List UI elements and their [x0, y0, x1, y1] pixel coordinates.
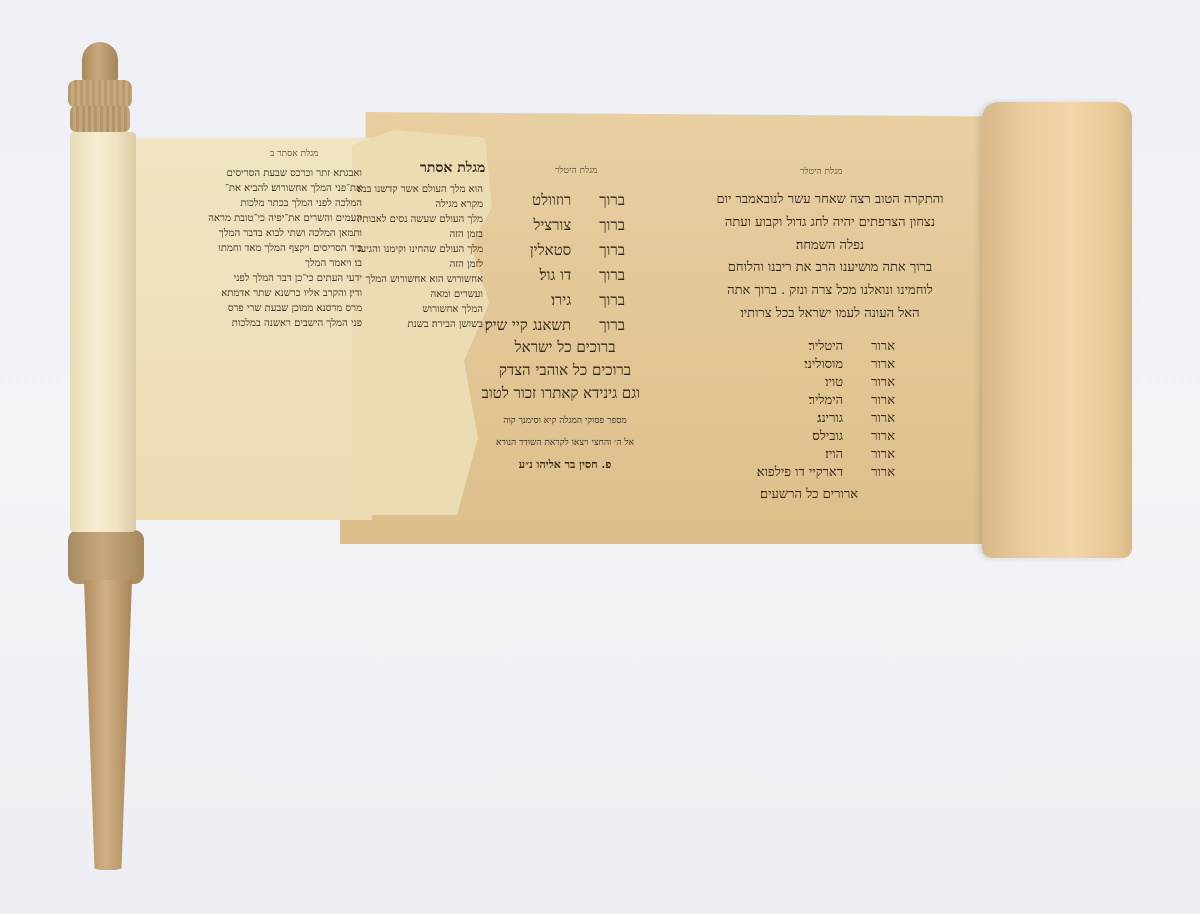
- list-item: ברוךרוזוולט: [505, 188, 625, 213]
- text-line: לוחמינו ונואלנו מכל צרה ונזק . ברוך אתה: [690, 279, 970, 302]
- paragraph-2: ברוך אתה מושיענו הרב את ריבנו והלוחם לוח…: [690, 256, 970, 325]
- right-header: מגלת היטלר: [800, 166, 842, 177]
- esther-text: ואבגתא זתר וכרכס שבעת הסריסים את־פני המל…: [142, 166, 362, 331]
- text-line: וגם גינידא קאתרו זכור לטוב: [490, 382, 640, 405]
- list-item: ברוךצורציל: [505, 213, 625, 238]
- rolled-paper-left: [70, 132, 136, 532]
- text-line: בו׃ ויאמר המלך: [142, 256, 362, 271]
- handle-collar: [68, 530, 144, 584]
- text-line: והתקרה הטוב רצה שאחר עשר לנובאמבר יום: [690, 188, 970, 211]
- text-line: ביד הסריסים ויקצף המלך מאד וחמתו: [142, 241, 362, 256]
- text-line: מספר פסוקי המגלה קיא וסימנך קוה: [480, 410, 650, 432]
- text-line: ותמאן המלכה ושתי לבוא בדבר המלך: [142, 226, 362, 241]
- text-line: מלך העולם שהחינו וקימנו והגיענו: [358, 242, 483, 257]
- list-item: ארורהיטליר׃: [745, 338, 895, 356]
- cursed-list: ארורהיטליר׃ ארורמוסוליני׃ ארורטויו׃ ארור…: [745, 338, 895, 482]
- roller-top-ring-lower: [70, 106, 130, 132]
- list-item: ארורטויו׃: [745, 374, 895, 392]
- text-line: נפלה השמחה׃: [690, 234, 970, 257]
- list-item: ארורגובילס׃: [745, 428, 895, 446]
- text-line: נצחון הצרפתים יהיה לחג גדול וקבוע ועתה: [690, 211, 970, 234]
- text-line: פני המלך הישבים ראשנה במלכות: [142, 316, 362, 331]
- blessed-list: ברוךרוזוולט ברוךצורציל ברוךסטאלין ברוךדו…: [505, 188, 625, 338]
- text-line: בשושן הבירה׃ בשנת: [358, 317, 483, 332]
- text-line: ואבגתא זתר וכרכס שבעת הסריסים: [142, 166, 362, 181]
- text-line: ברוך אתה מושיענו הרב את ריבנו והלוחם: [690, 256, 970, 279]
- list-item: ברוךסטאלין: [505, 238, 625, 263]
- list-item: ארורהימליר׃: [745, 392, 895, 410]
- text-line: מלך העולם שעשה נסים לאבותינו: [358, 212, 483, 227]
- list-item: ברוךתשאנג קיי שיק׃: [505, 313, 625, 338]
- rolled-paper-right: [982, 102, 1132, 558]
- wooden-handle: [84, 580, 132, 870]
- list-item: ארורדארקיי דו פילפוא׃: [745, 464, 895, 482]
- text-line: לזמן הזה: [358, 257, 483, 272]
- text-line: מרס מרסנא ממוכן שבעת שרי פרס: [142, 301, 362, 316]
- text-line: ועשרים ומאה: [358, 287, 483, 302]
- text-line: העמים והשרים את־יפיה כי־טובת מראה: [142, 211, 362, 226]
- text-line: מקרא מגילה: [358, 197, 483, 212]
- author-line: פ. חסין בר אליהו נ״ע: [480, 454, 650, 476]
- text-line: ברוכים כל אוהבי הצדק: [490, 359, 640, 382]
- roller-top-knob: [82, 42, 118, 82]
- roller-top-ring: [68, 80, 132, 108]
- text-line: אל ה׳ והחצי ויצאו לקראת השודד הנורא: [480, 432, 650, 454]
- blessed-closing: ברוכים כל ישראל ברוכים כל אוהבי הצדק וגם…: [490, 336, 640, 405]
- text-line: ברוכים כל ישראל: [490, 336, 640, 359]
- middle-header: מגלת היטלר: [555, 165, 597, 176]
- esther-header: מגלת אסתר ב: [270, 148, 319, 159]
- list-item: ארורמוסוליני׃: [745, 356, 895, 374]
- list-item: ברוךדו גול׃: [505, 263, 625, 288]
- text-line: ודין׃ והקרב אליו כרשנא שתר אדמתא: [142, 286, 362, 301]
- middle-footer: מספר פסוקי המגלה קיא וסימנך קוה אל ה׳ וה…: [480, 410, 650, 476]
- paragraph-1: והתקרה הטוב רצה שאחר עשר לנובאמבר יום נצ…: [690, 188, 970, 257]
- list-item: ברוךגירו׃: [505, 288, 625, 313]
- list-item: ארורגורינג׃: [745, 410, 895, 428]
- text-line: האל העונה לעמו ישראל בכל צרותיו׃: [690, 302, 970, 325]
- text-line: הוא מלך העולם אשר קדשנו במצותיו: [358, 182, 483, 197]
- list-item: ארורהויז׃: [745, 446, 895, 464]
- text-line: בזמן הזה: [358, 227, 483, 242]
- torn-header: מגלת אסתר: [420, 160, 485, 177]
- torn-text: הוא מלך העולם אשר קדשנו במצותיו מקרא מגי…: [358, 182, 483, 332]
- text-line: ידעי העתים כי־כן דבר המלך לפני: [142, 271, 362, 286]
- text-line: אחשורוש הוא אחשורוש המלך: [358, 272, 483, 287]
- cursed-closing: ארורים כל הרשעים׃: [760, 486, 858, 502]
- text-line: המלך אחשורוש: [358, 302, 483, 317]
- text-line: את־פני המלך אחשורוש׃ להביא את־: [142, 181, 362, 196]
- text-line: המלכה לפני המלך בכתר מלכות: [142, 196, 362, 211]
